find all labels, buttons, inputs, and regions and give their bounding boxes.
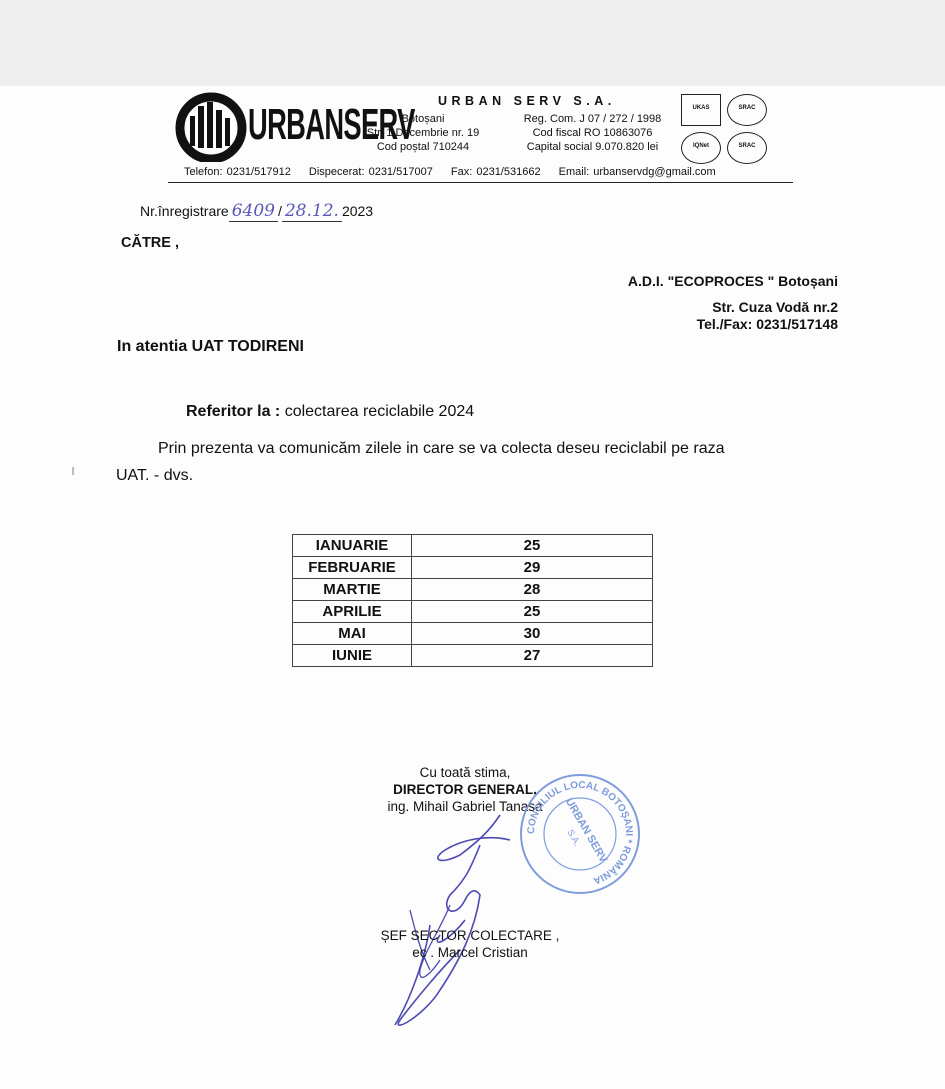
month-cell: IANUARIE bbox=[293, 535, 412, 557]
registration-year: 2023 bbox=[342, 203, 373, 219]
recipient-address: Str. Cuza Vodă nr.2 Tel./Fax: 0231/51714… bbox=[697, 299, 838, 333]
viewer-top-bar bbox=[0, 0, 945, 86]
company-name: URBAN SERV S.A. bbox=[438, 94, 616, 108]
collection-day-cell: 28 bbox=[412, 579, 653, 601]
collection-schedule-table: IANUARIE25FEBRUARIE29MARTIE28APRILIE25MA… bbox=[292, 534, 653, 667]
header-divider bbox=[168, 182, 793, 183]
month-cell: MAI bbox=[293, 623, 412, 645]
urbanserv-logo-icon bbox=[174, 92, 248, 162]
company-address: Botoșani Str. 1 Decembrie nr. 19 Cod poș… bbox=[355, 112, 491, 154]
table-row: FEBRUARIE29 bbox=[293, 557, 653, 579]
subject-text: colectarea reciclabile 2024 bbox=[280, 403, 474, 420]
subject-label: Referitor la : bbox=[186, 403, 280, 420]
month-cell: FEBRUARIE bbox=[293, 557, 412, 579]
contact-line: Telefon: 0231/517912 Dispecerat: 0231/51… bbox=[184, 166, 730, 178]
collection-day-cell: 27 bbox=[412, 645, 653, 667]
recipient-street: Str. Cuza Vodă nr.2 bbox=[697, 299, 838, 316]
collection-day-cell: 25 bbox=[412, 535, 653, 557]
iqnet-cert-icon: IQNet bbox=[681, 132, 721, 164]
certification-logos: UKAS SRAC IQNet SRAC bbox=[681, 94, 769, 166]
subject-line: Referitor la : colectarea reciclabile 20… bbox=[186, 403, 474, 421]
phone-number: Telefon: 0231/517912 bbox=[184, 166, 291, 178]
registration-label: Nr.înregistrare bbox=[140, 203, 229, 219]
registration-number: 6409 bbox=[229, 201, 278, 222]
collection-day-cell: 30 bbox=[412, 623, 653, 645]
attention-line: In atentia UAT TODIRENI bbox=[117, 338, 304, 356]
ukas-cert-icon: UKAS bbox=[681, 94, 721, 126]
sector-chief-signature-block: ȘEF SECTOR COLECTARE , ec . Marcel Crist… bbox=[350, 927, 590, 961]
table-row: APRILIE25 bbox=[293, 601, 653, 623]
collection-day-cell: 25 bbox=[412, 601, 653, 623]
body-paragraph-line-2: UAT. - dvs. bbox=[116, 467, 193, 485]
dispatch-number: Dispecerat: 0231/517007 bbox=[309, 166, 433, 178]
registration-date: 28.12. bbox=[282, 201, 342, 222]
body-paragraph-line-1: Prin prezenta va comunicăm zilele in car… bbox=[158, 440, 725, 458]
collection-day-cell: 29 bbox=[412, 557, 653, 579]
srac-cert-icon: SRAC bbox=[727, 132, 767, 164]
fax-number: Fax: 0231/531662 bbox=[451, 166, 541, 178]
srac-cert-icon: SRAC bbox=[727, 94, 767, 126]
handwritten-signature bbox=[370, 800, 590, 1040]
scan-artifact bbox=[72, 467, 74, 475]
month-cell: APRILIE bbox=[293, 601, 412, 623]
salutation: CĂTRE , bbox=[121, 235, 179, 251]
registration-line: Nr.înregistrare6409/28.12.2023 bbox=[140, 201, 373, 221]
table-row: MAI30 bbox=[293, 623, 653, 645]
table-row: IUNIE27 bbox=[293, 645, 653, 667]
sector-chief-name: ec . Marcel Cristian bbox=[350, 944, 590, 961]
company-registration: Reg. Com. J 07 / 272 / 1998 Cod fiscal R… bbox=[510, 112, 675, 154]
sector-chief-role: ȘEF SECTOR COLECTARE , bbox=[350, 927, 590, 944]
email-address: Email: urbanservdg@gmail.com bbox=[559, 166, 716, 178]
table-row: MARTIE28 bbox=[293, 579, 653, 601]
recipient-name: A.D.I. "ECOPROCES " Botoșani bbox=[628, 271, 838, 291]
table-row: IANUARIE25 bbox=[293, 535, 653, 557]
month-cell: IUNIE bbox=[293, 645, 412, 667]
month-cell: MARTIE bbox=[293, 579, 412, 601]
recipient-phone: Tel./Fax: 0231/517148 bbox=[697, 316, 838, 333]
